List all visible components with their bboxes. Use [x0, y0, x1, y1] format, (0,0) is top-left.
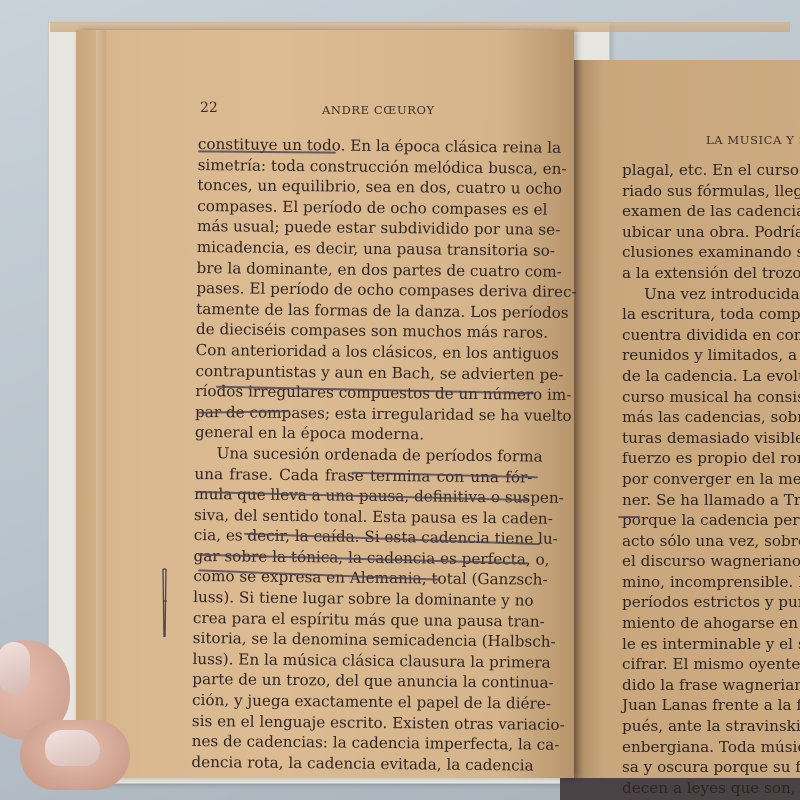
text-line: Una sucesión ordenada de períodos forma [195, 443, 533, 467]
text-line: la escritura, toda compos [622, 304, 800, 325]
right-page-body-text: plagal, etc. En el curso de riado sus fó… [622, 160, 800, 798]
text-line: más las cadencias, sobre t [622, 407, 800, 428]
text-line: le es interminable y el sent [622, 634, 800, 655]
text-line: dencia rota, la cadencia evitada, la cad… [191, 752, 529, 776]
text-line: a la extensión del trozo. [622, 263, 800, 284]
text-line: Con anterioridad a los clásicos, en los … [196, 340, 534, 364]
text-line: Juan Lanas frente a la fr [622, 695, 800, 716]
text-line: curso musical ha consistid [622, 387, 800, 408]
page-number: 22 [200, 100, 218, 116]
text-line: ner. Se ha llamado a Trist [622, 490, 800, 511]
thumbnail [0, 642, 30, 694]
text-line: mino, incomprensible. El [622, 572, 800, 593]
text-line: fuerzo es propio del roman [622, 448, 800, 469]
text-line: constituye un todo. En la época clásica … [198, 134, 536, 158]
right-running-head: LA MUSICA Y SU [706, 133, 800, 147]
text-line: riado sus fórmulas, llegán [622, 181, 800, 202]
text-line: micadencia, es decir, una pausa transito… [197, 237, 535, 261]
text-line: acto sólo una vez, sobre t [622, 531, 800, 552]
text-line: miento de ahogarse en fr [622, 613, 800, 634]
text-line: dido la frase wagneriana, [622, 675, 800, 696]
text-line: enbergiana. Toda música [622, 737, 800, 758]
fingernail [45, 730, 100, 766]
text-line: el discurso wagneriano p [622, 551, 800, 572]
text-line: cifrar. El mismo oyente, c [622, 654, 800, 675]
text-line: Una vez introducida la [622, 284, 800, 305]
text-line: clusiones examinando su [622, 242, 800, 263]
text-line: turas demasiado visibles [622, 428, 800, 449]
text-line: cuentra dividida en compa [622, 325, 800, 346]
text-line: ubicar una obra. Podrían i [622, 222, 800, 243]
text-line: de la cadencia. La evolu [622, 366, 800, 387]
text-line: examen de las cadencias [622, 201, 800, 222]
text-line: plagal, etc. En el curso de [622, 160, 800, 181]
text-line: porque la cadencia perfe [622, 510, 800, 531]
left-page-body-text: constituye un todo. En la época clásica … [191, 134, 536, 776]
pen-underline [618, 516, 640, 518]
text-line: sa y oscura porque su fras [622, 757, 800, 778]
text-line: reunidos y limitados, a la [622, 345, 800, 366]
text-line: decen a leyes que son, ex [622, 778, 800, 799]
text-line: períodos estrictos y puntu [622, 592, 800, 613]
left-running-head: ANDRE CŒUROY [322, 103, 435, 117]
page-fold [96, 30, 106, 778]
text-line: pués, ante la stravinskiana [622, 716, 800, 737]
text-line: por converger en la melod [622, 469, 800, 490]
margin-pen-mark-icon [162, 567, 168, 639]
